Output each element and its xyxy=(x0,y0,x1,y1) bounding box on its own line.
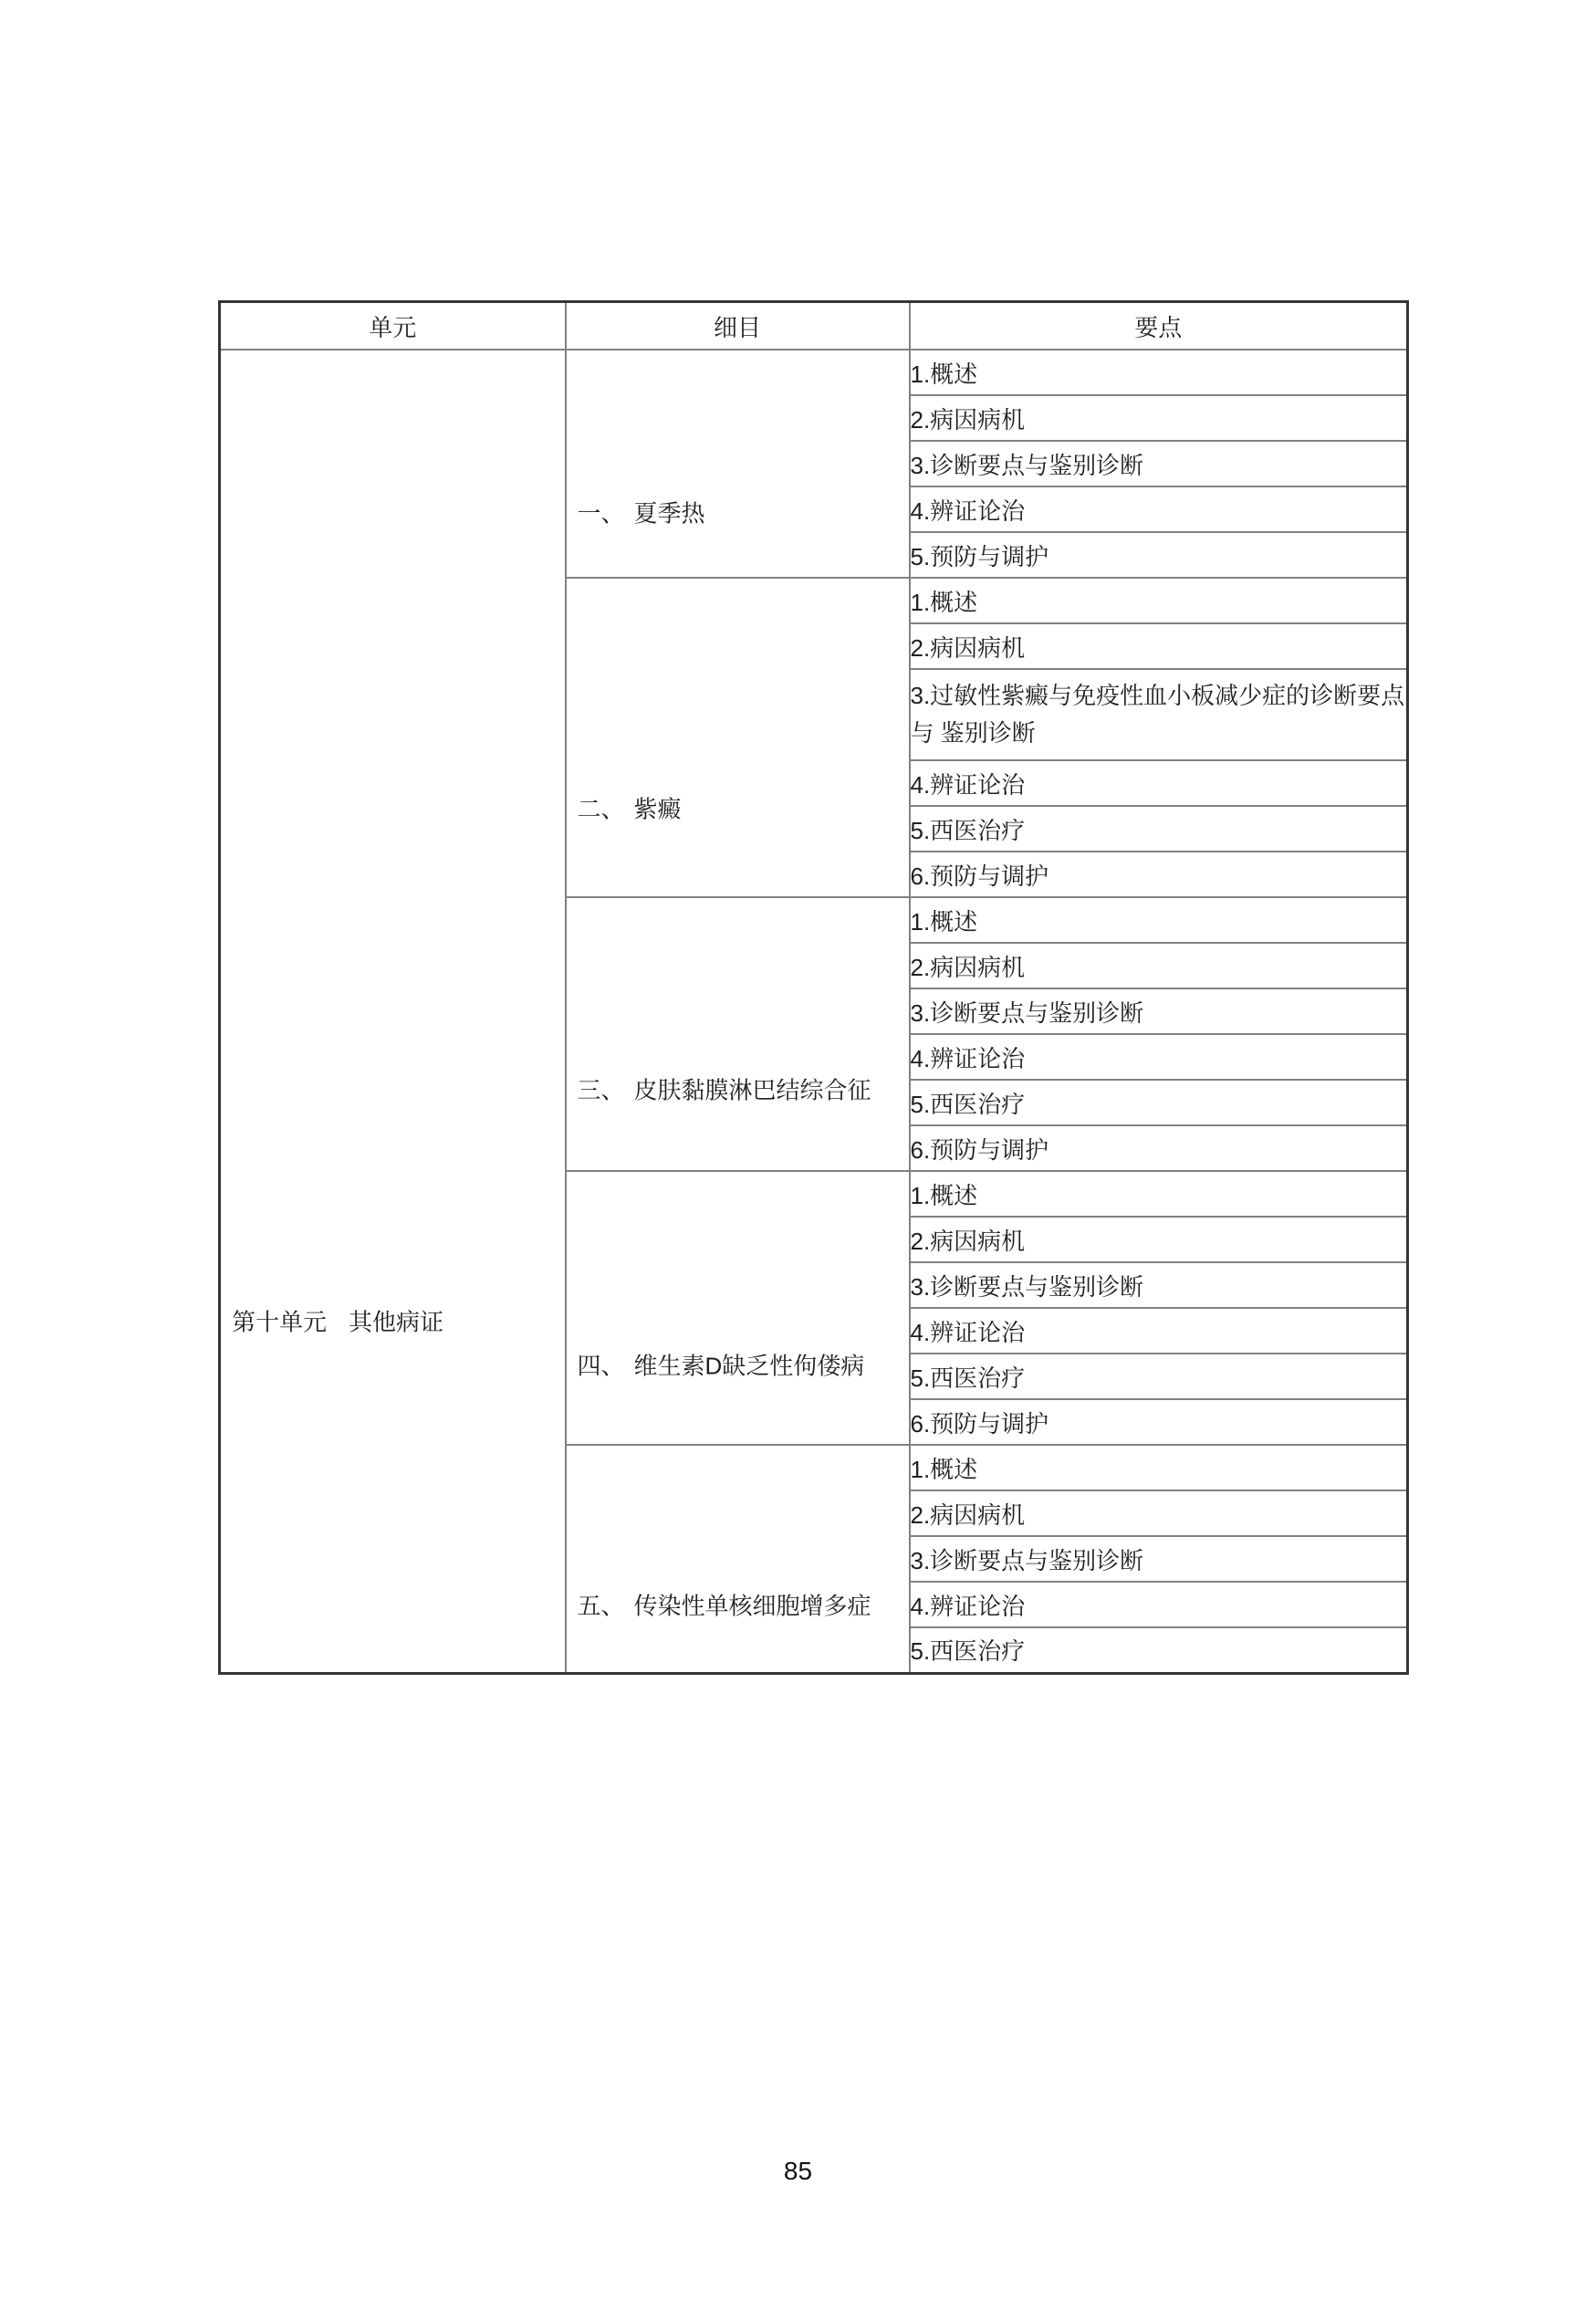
point-cell: 2.病因病机 xyxy=(910,623,1408,669)
col-header-item: 细目 xyxy=(566,302,910,350)
item-number: 三、 xyxy=(578,1077,625,1104)
point-cell: 5.西医治疗 xyxy=(910,1354,1408,1399)
unit-cell: 第十单元其他病证 xyxy=(220,350,566,1673)
item-cell-1: 一、夏季热 xyxy=(566,350,910,578)
point-cell: 2.病因病机 xyxy=(910,1490,1408,1536)
item-label: 二、紫癜 xyxy=(578,791,682,825)
item-label: 一、夏季热 xyxy=(578,496,705,529)
point-cell: 1.概述 xyxy=(910,1171,1408,1217)
point-cell: 1.概述 xyxy=(910,578,1408,623)
item-label: 四、维生素D缺乏性佝偻病 xyxy=(578,1348,865,1382)
point-cell: 4.辨证论治 xyxy=(910,1308,1408,1354)
point-cell: 4.辨证论治 xyxy=(910,1034,1408,1080)
point-cell: 1.概述 xyxy=(910,1445,1408,1490)
point-cell: 3.诊断要点与鉴别诊断 xyxy=(910,441,1408,486)
item-number: 四、 xyxy=(578,1353,625,1380)
point-cell: 2.病因病机 xyxy=(910,943,1408,988)
point-cell: 3.诊断要点与鉴别诊断 xyxy=(910,1536,1408,1582)
point-cell: 2.病因病机 xyxy=(910,395,1408,441)
item-cell-4: 四、维生素D缺乏性佝偻病 xyxy=(566,1171,910,1445)
item-label: 三、皮肤黏膜淋巴结综合征 xyxy=(578,1072,871,1106)
point-cell: 5.西医治疗 xyxy=(910,1627,1408,1673)
item-number: 二、 xyxy=(578,796,625,823)
unit-label: 第十单元其他病证 xyxy=(232,1304,443,1338)
page-number: 85 xyxy=(0,2157,1596,2186)
item-name: 皮肤黏膜淋巴结综合征 xyxy=(634,1077,871,1104)
point-cell: 6.预防与调护 xyxy=(910,1125,1408,1171)
item-number: 五、 xyxy=(578,1593,625,1620)
item-name: 紫癜 xyxy=(634,796,682,823)
item-cell-2: 二、紫癜 xyxy=(566,578,910,897)
point-cell: 4.辨证论治 xyxy=(910,486,1408,532)
item-label: 五、传染性单核细胞增多症 xyxy=(578,1588,871,1622)
point-cell: 5.西医治疗 xyxy=(910,1080,1408,1125)
point-cell: 4.辨证论治 xyxy=(910,760,1408,806)
item-cell-3: 三、皮肤黏膜淋巴结综合征 xyxy=(566,897,910,1171)
col-header-points: 要点 xyxy=(910,302,1408,350)
item-name: 夏季热 xyxy=(634,500,705,528)
table-row: 第十单元其他病证 一、夏季热 1.概述 xyxy=(220,350,1408,395)
table-header-row: 单元 细目 要点 xyxy=(220,302,1408,350)
point-cell: 3.诊断要点与鉴别诊断 xyxy=(910,1262,1408,1308)
syllabus-table: 单元 细目 要点 第十单元其他病证 一、夏季热 1.概述 xyxy=(218,300,1409,1675)
document-page: 单元 细目 要点 第十单元其他病证 一、夏季热 1.概述 xyxy=(0,0,1596,2300)
item-cell-5: 五、传染性单核细胞增多症 xyxy=(566,1445,910,1673)
item-name: 传染性单核细胞增多症 xyxy=(634,1593,871,1620)
point-cell: 4.辨证论治 xyxy=(910,1582,1408,1627)
unit-number: 第十单元 xyxy=(232,1309,327,1336)
col-header-unit: 单元 xyxy=(220,302,566,350)
point-cell: 5.西医治疗 xyxy=(910,806,1408,852)
point-cell: 3.过敏性紫癜与免疫性血小板减少症的诊断要点 与 鉴别诊断 xyxy=(910,669,1408,760)
point-cell: 3.诊断要点与鉴别诊断 xyxy=(910,988,1408,1034)
point-cell: 6.预防与调护 xyxy=(910,1399,1408,1445)
unit-name: 其他病证 xyxy=(349,1309,443,1336)
item-number: 一、 xyxy=(578,500,625,528)
point-cell: 5.预防与调护 xyxy=(910,532,1408,578)
item-name: 维生素D缺乏性佝偻病 xyxy=(634,1353,865,1380)
point-cell: 1.概述 xyxy=(910,897,1408,943)
point-cell: 2.病因病机 xyxy=(910,1217,1408,1262)
point-cell: 6.预防与调护 xyxy=(910,852,1408,897)
point-cell: 1.概述 xyxy=(910,350,1408,395)
